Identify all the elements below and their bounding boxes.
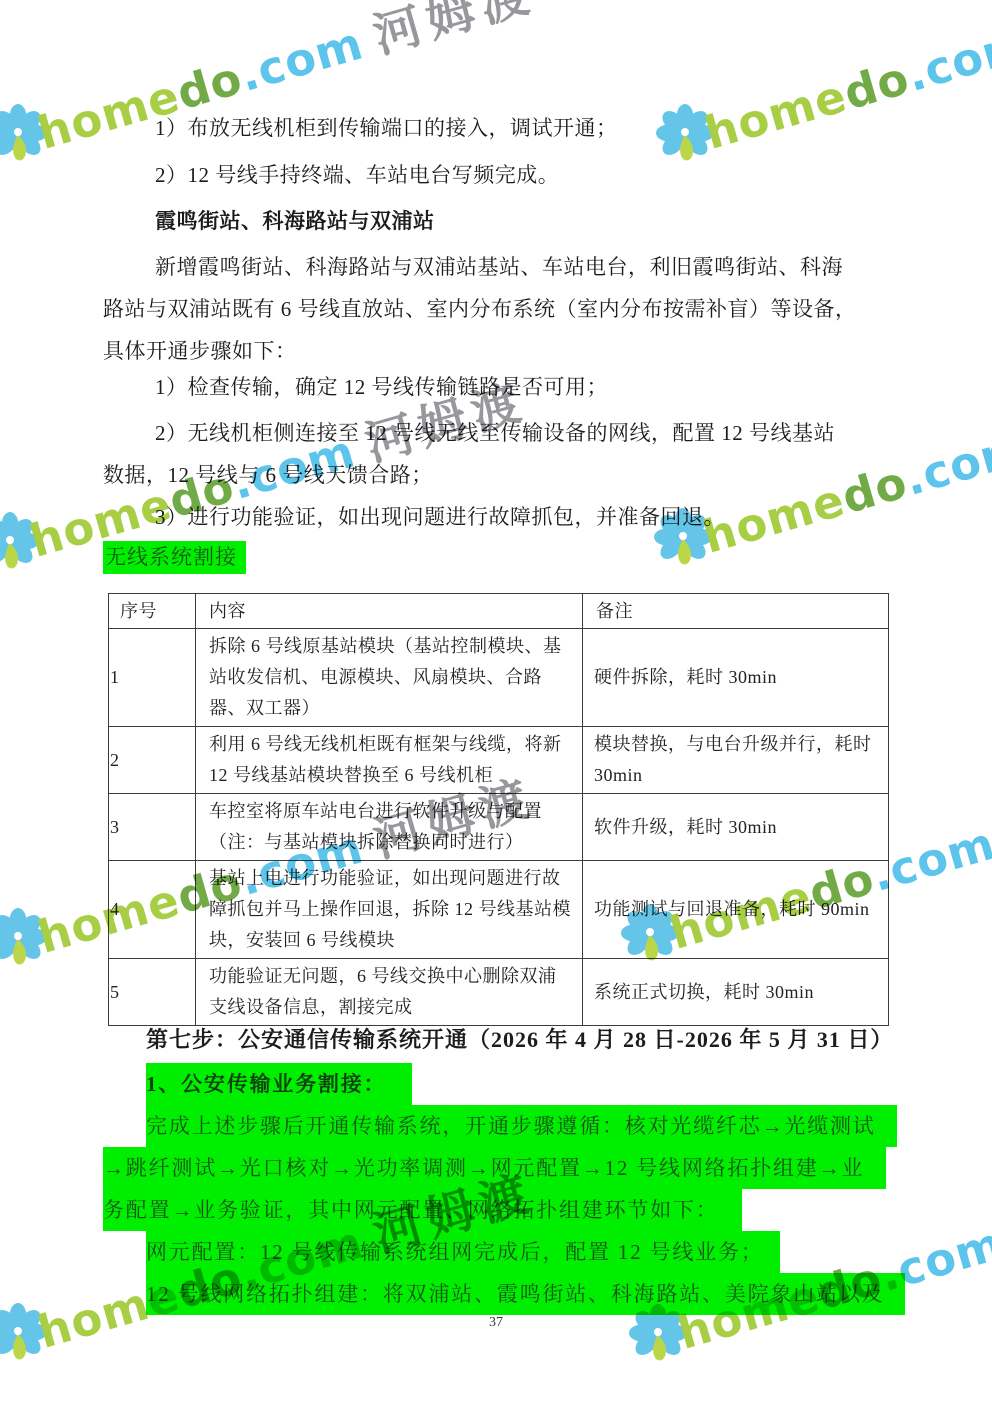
step-2-line-1: 2）无线机柜侧连接至 12 号线无线至传输设备的网线，配置 12 号线基站 [155, 417, 835, 447]
watermark-text: homedo.com河姆渡 [700, 0, 992, 157]
watermark-com: .com [899, 421, 992, 507]
flower-logo-icon [653, 101, 717, 165]
cutover-table: 序号 内容 备注 1 拆除 6 号线原基站模块（基站控制模块、基站收发信机、电源… [108, 593, 889, 1026]
paragraph-line-1: 新增霞鸣街站、科海路站与双浦站基站、车站电台，利旧霞鸣街站、科海 [155, 251, 843, 281]
flower-logo-icon [0, 101, 50, 165]
cell-content: 利用 6 号线无线机柜既有框架与线缆，将新 12 号线基站模块替换至 6 号线机… [196, 727, 583, 794]
section7-heading: 第七步：公安通信传输系统开通（2026 年 4 月 28 日-2026 年 5 … [146, 1023, 893, 1054]
table-row: 5 功能验证无问题，6 号线交换中心删除双浦支线设备信息，割接完成 系统正式切换… [109, 959, 889, 1026]
green-line: 网元配置：12 号线传输系统组网完成后，配置 12 号线业务； [146, 1231, 780, 1273]
watermark-do: do [171, 51, 248, 120]
table-header-seq: 序号 [109, 594, 196, 629]
cell-note: 功能测试与回退准备，耗时 90min [583, 861, 889, 959]
table-header-row: 序号 内容 备注 [109, 594, 889, 629]
step-2-line-2: 数据，12 号线与 6 号线天馈合路； [103, 459, 433, 489]
watermark-com: .com [901, 17, 992, 103]
flower-logo-icon [0, 509, 42, 573]
cell-content: 基站上电进行功能验证，如出现问题进行故障抓包并马上操作回退，拆除 12 号线基站… [196, 861, 583, 959]
cell-seq: 2 [109, 727, 196, 794]
highlighted-label-wireless-cutover: 无线系统割接 [103, 541, 246, 574]
step-1: 1）检查传输，确定 12 号线传输链路是否可用； [155, 371, 608, 401]
step-3: 3）进行功能验证，如出现问题进行故障抓包，并准备回退。 [155, 501, 725, 531]
station-heading: 霞鸣街站、科海路站与双浦站 [155, 205, 435, 235]
cell-note: 模块替换，与电台升级并行，耗时 30min [583, 727, 889, 794]
green-line: 务配置→业务验证，其中网元配置、网络拓扑组建环节如下： [103, 1189, 742, 1231]
section7-highlighted-paragraph: 1、公安传输业务割接： 完成上述步骤后开通传输系统，开通步骤遵循：核对光缆纤芯→… [0, 1063, 992, 1315]
watermark-cn: 河姆渡 [367, 0, 541, 65]
watermark: homedo.com河姆渡 [0, 507, 48, 573]
watermark-do: do [836, 455, 913, 524]
flower-logo-icon [0, 905, 50, 969]
table-row: 4 基站上电进行功能验证，如出现问题进行故障抓包并马上操作回退，拆除 12 号线… [109, 861, 889, 959]
paragraph-line-3: 具体开通步骤如下： [103, 335, 297, 365]
table-row: 3 车控室将原车站电台进行软件升级与配置（注：与基站模块拆除替换同时进行） 软件… [109, 794, 889, 861]
watermark-text: homedo.com河姆渡 [698, 373, 992, 561]
cell-content: 拆除 6 号线原基站模块（基站控制模块、基站收发信机、电源模块、风扇模块、合路器… [196, 629, 583, 727]
cell-note: 硬件拆除，耗时 30min [583, 629, 889, 727]
cell-seq: 5 [109, 959, 196, 1026]
cell-note: 系统正式切换，耗时 30min [583, 959, 889, 1026]
table-header-note: 备注 [583, 594, 889, 629]
cell-note: 软件升级，耗时 30min [583, 794, 889, 861]
watermark-do: do [838, 51, 915, 120]
green-line: 1、公安传输业务割接： [146, 1063, 412, 1105]
cell-content: 车控室将原车站电台进行软件升级与配置（注：与基站模块拆除替换同时进行） [196, 794, 583, 861]
page-number: 37 [0, 1315, 992, 1331]
table-header-content: 内容 [196, 594, 583, 629]
green-line: 12 号线网络拓扑组建：将双浦站、霞鸣街站、科海路站、美院象山站以及 [146, 1273, 905, 1315]
paragraph-line-2: 路站与双浦站既有 6 号线直放站、室内分布系统（室内分布按需补盲）等设备， [103, 293, 857, 323]
list-item-1: 1）布放无线机柜到传输端口的接入，调试开通； [155, 112, 618, 142]
watermark-home: home [699, 69, 852, 160]
cell-seq: 4 [109, 861, 196, 959]
cell-seq: 3 [109, 794, 196, 861]
watermark: homedo.com河姆渡 [0, 99, 56, 165]
green-line: →跳纤测试→光口核对→光功率调测→网元配置→12 号线网络拓扑组建→业 [103, 1147, 886, 1189]
cell-content: 功能验证无问题，6 号线交换中心删除双浦支线设备信息，割接完成 [196, 959, 583, 1026]
document-page: { "page": { "number": "37" }, "colors": … [0, 0, 992, 1403]
watermark: homedo.com河姆渡 [653, 99, 723, 165]
table-row: 2 利用 6 号线无线机柜既有框架与线缆，将新 12 号线基站模块替换至 6 号… [109, 727, 889, 794]
green-line: 完成上述步骤后开通传输系统，开通步骤遵循：核对光缆纤芯→光缆测试 [146, 1105, 897, 1147]
cell-seq: 1 [109, 629, 196, 727]
list-item-2: 2）12 号线手持终端、车站电台写频完成。 [155, 159, 559, 189]
table-row: 1 拆除 6 号线原基站模块（基站控制模块、基站收发信机、电源模块、风扇模块、合… [109, 629, 889, 727]
watermark-com: .com [234, 17, 369, 103]
watermark: homedo.com河姆渡 [0, 903, 56, 969]
